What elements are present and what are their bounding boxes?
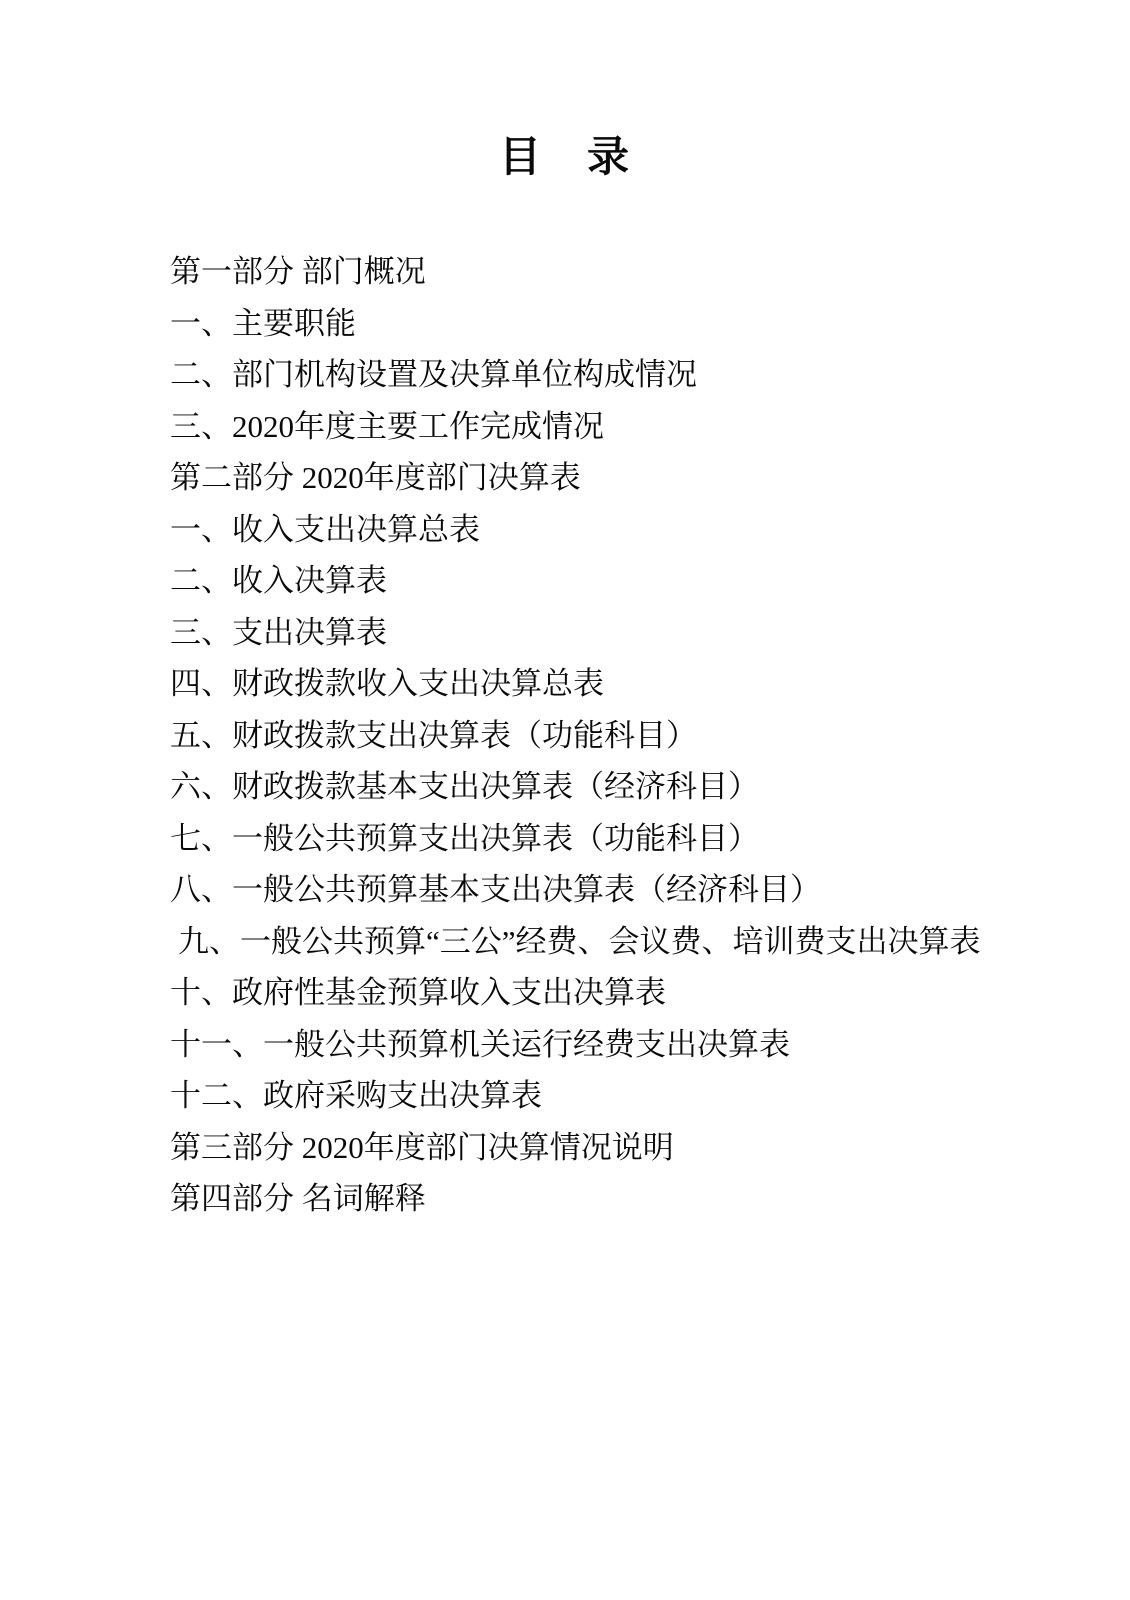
toc-entry-part1-item1: 一、主要职能 [170, 298, 980, 350]
toc-entry-part3: 第三部分 2020年度部门决算情况说明 [170, 1122, 980, 1174]
toc-entry-part2-item1: 一、收入支出决算总表 [170, 504, 980, 556]
toc-entry-part2-item7: 七、一般公共预算支出决算表（功能科目） [170, 813, 980, 865]
toc-entry-part1-item2: 二、部门机构设置及决算单位构成情况 [170, 349, 980, 401]
document-page: 目 录 第一部分 部门概况 一、主要职能 二、部门机构设置及决算单位构成情况 三… [0, 0, 1130, 1600]
toc-entry-part2-item8: 八、一般公共预算基本支出决算表（经济科目） [170, 864, 980, 916]
toc-entry-part2-item11: 十一、一般公共预算机关运行经费支出决算表 [170, 1019, 980, 1071]
toc-entry-part2-item2: 二、收入决算表 [170, 555, 980, 607]
table-of-contents: 第一部分 部门概况 一、主要职能 二、部门机构设置及决算单位构成情况 三、202… [0, 246, 1130, 1225]
toc-entry-part1: 第一部分 部门概况 [170, 246, 980, 298]
toc-entry-part2-item12: 十二、政府采购支出决算表 [170, 1070, 980, 1122]
toc-entry-part2-item4: 四、财政拨款收入支出决算总表 [170, 658, 980, 710]
toc-entry-part2: 第二部分 2020年度部门决算表 [170, 452, 980, 504]
page-title: 目 录 [0, 0, 1130, 184]
toc-entry-part2-item10: 十、政府性基金预算收入支出决算表 [170, 967, 980, 1019]
toc-entry-part1-item3: 三、2020年度主要工作完成情况 [170, 401, 980, 453]
toc-entry-part4: 第四部分 名词解释 [170, 1173, 980, 1225]
toc-entry-part2-item5: 五、财政拨款支出决算表（功能科目） [170, 710, 980, 762]
toc-entry-part2-item9: 九、一般公共预算“三公”经费、会议费、培训费支出决算表 [178, 916, 1018, 968]
toc-entry-part2-item3: 三、支出决算表 [170, 607, 980, 659]
toc-entry-part2-item6: 六、财政拨款基本支出决算表（经济科目） [170, 761, 980, 813]
